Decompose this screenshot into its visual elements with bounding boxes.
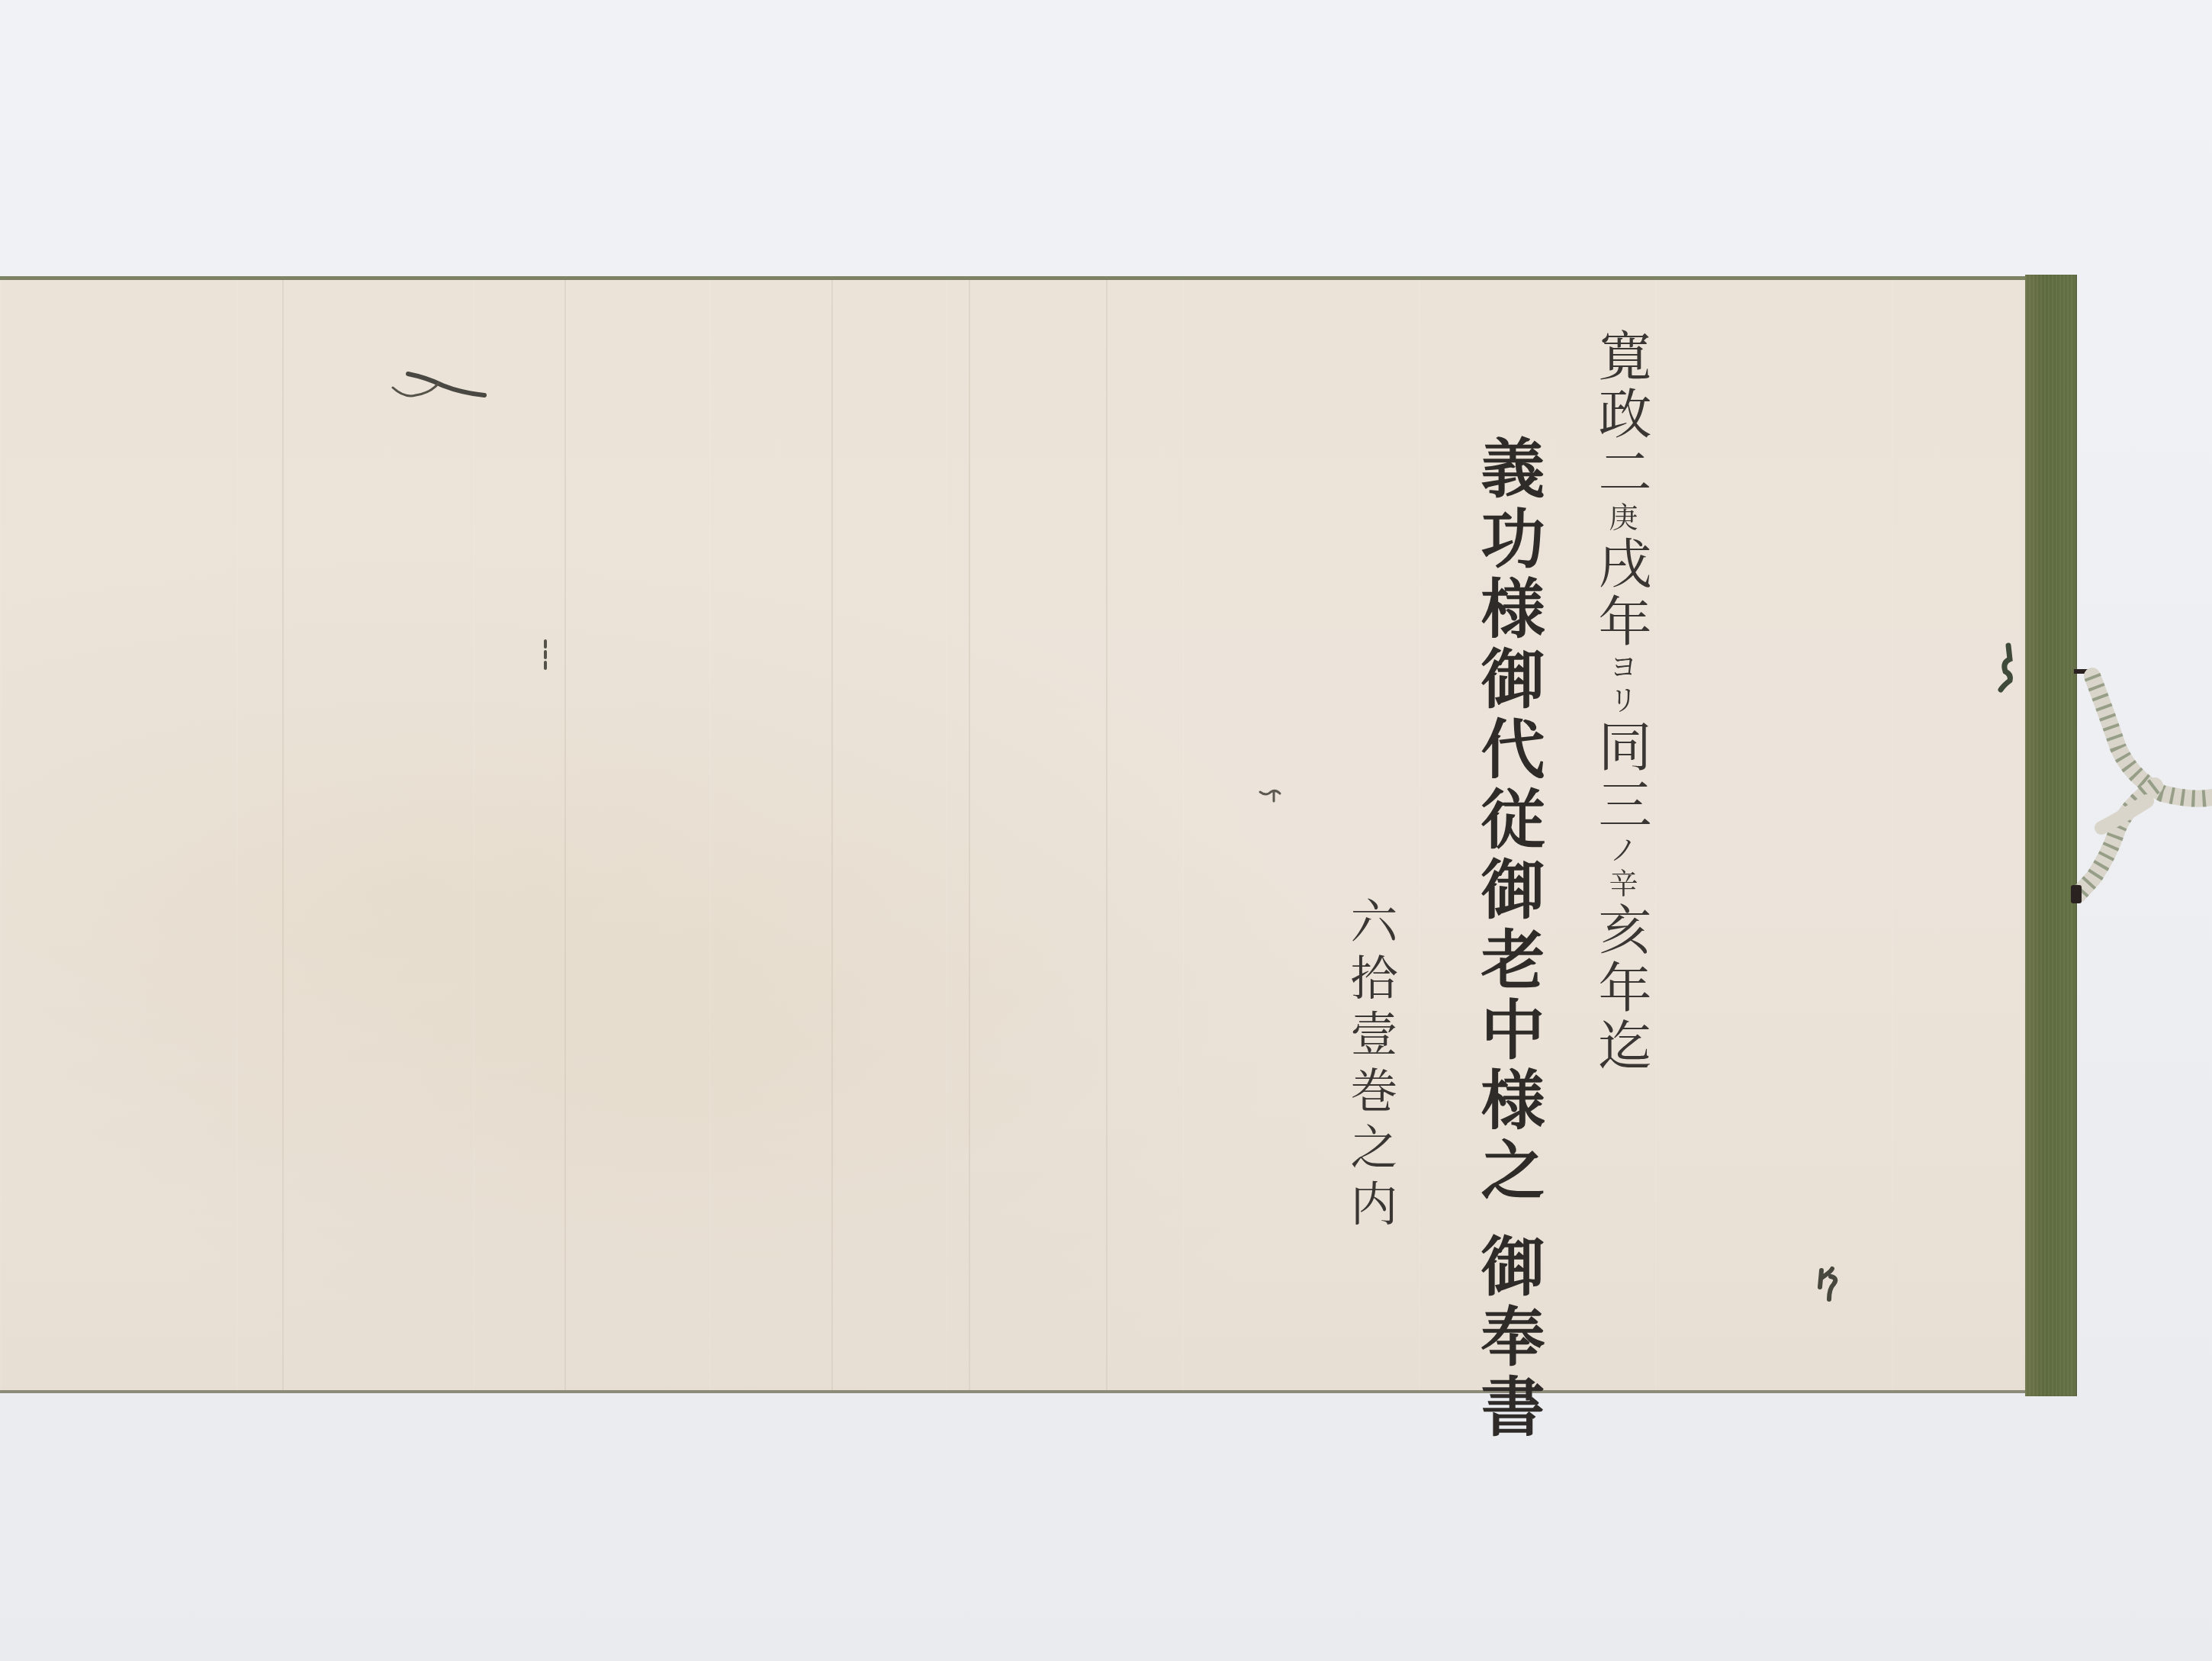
- paper-seam: [969, 280, 970, 1390]
- date-main-top: 寛政二: [1590, 328, 1652, 502]
- edge-ink-mark: [1995, 641, 2025, 694]
- title-part-2: 御奉書: [1471, 1233, 1546, 1444]
- corner-ink-mark: [1814, 1263, 1844, 1305]
- date-small-3: ノ辛: [1604, 835, 1638, 902]
- ink-stroke-mark: [385, 366, 500, 412]
- ink-dash-mark: [538, 637, 553, 675]
- volume-line: 六拾壹巻之内: [1346, 896, 1394, 1235]
- date-main-2: 同三: [1590, 719, 1652, 835]
- title-line: 義功様御代従御老中様之御奉書: [1476, 435, 1540, 1444]
- date-small-1: 庚: [1604, 502, 1638, 536]
- title-part-1: 義功様御代従御老中様之: [1471, 435, 1546, 1207]
- date-main-3: 亥年迄: [1590, 902, 1652, 1076]
- scroll-paper: [0, 276, 2025, 1393]
- paper-seam: [564, 280, 566, 1390]
- paper-seam: [831, 280, 833, 1390]
- mount-fabric-edge: [2025, 275, 2077, 1396]
- handscroll: [0, 276, 2181, 1398]
- date-small-2: ヨリ: [1604, 652, 1638, 719]
- paper-seam: [282, 280, 284, 1390]
- scroll-tie-cord: [2071, 656, 2212, 977]
- paper-seam: [1106, 280, 1108, 1390]
- date-line: 寛政二庚戌年ヨリ同三ノ辛亥年迄: [1594, 328, 1648, 1076]
- ink-smudge-mark: [1257, 786, 1288, 805]
- date-main-1: 戌年: [1590, 536, 1652, 652]
